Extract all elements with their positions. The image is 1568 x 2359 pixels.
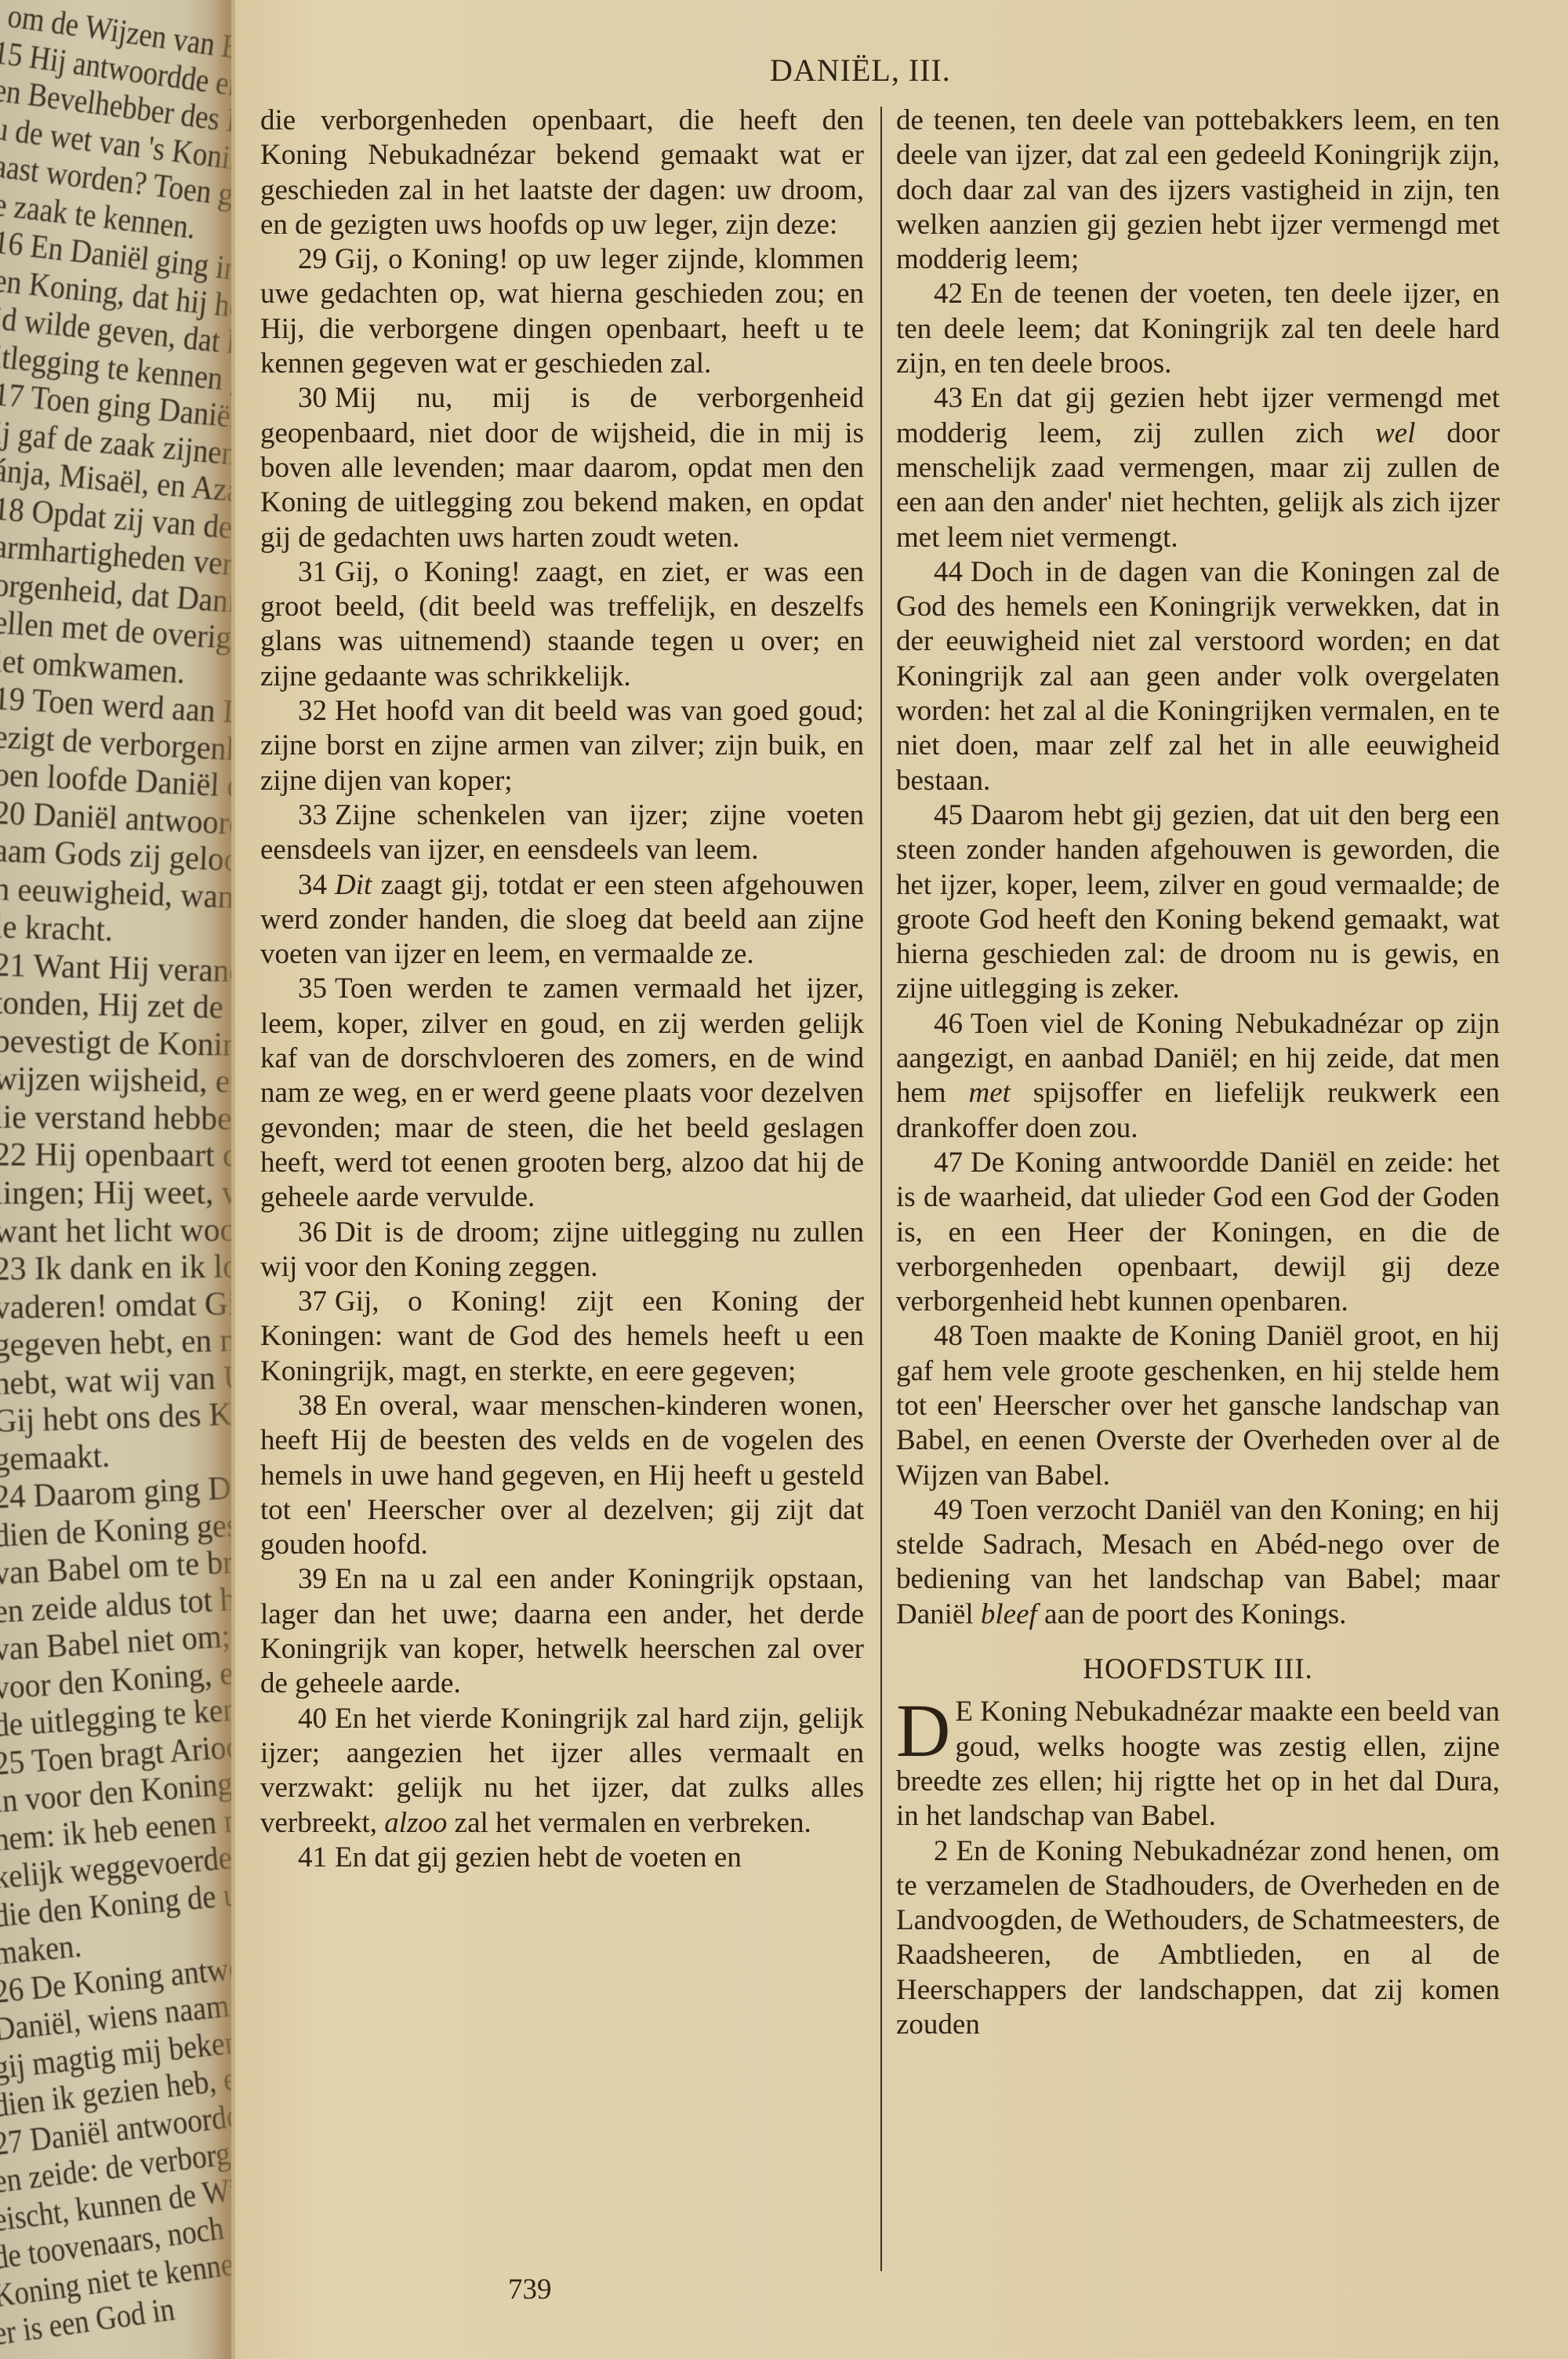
verse-number: 36	[298, 1216, 327, 1249]
verse-number: 35	[298, 972, 327, 1005]
verse-number: 30	[298, 382, 327, 414]
previous-page-strip: , om de Wijzen van Babel15 Hij antwoordd…	[0, 0, 231, 2359]
running-head: DANIËL, III.	[770, 52, 951, 89]
page-number: 739	[508, 2273, 552, 2306]
verse-49: 49Toen verzocht Daniël van den Koning; e…	[896, 1493, 1500, 1632]
verse-33: 33Zijne schenkelen van ijzer; zijne voet…	[260, 798, 864, 868]
verse-31: 31Gij, o Koning! zaagt, en ziet, er was …	[260, 555, 864, 694]
verse-number: 29	[298, 243, 327, 275]
right-column: de teenen, ten deele van pottebakkers le…	[896, 104, 1500, 2042]
chapter-first-verse: DE Koning Nebukadnézar maakte een beeld …	[896, 1695, 1500, 1834]
verse-number: 32	[298, 695, 327, 727]
verse-45: 45Daarom hebt gij gezien, dat uit den be…	[896, 798, 1500, 1007]
previous-page-line: wijzen wijsheid, en wetenschap	[0, 1060, 231, 1103]
left-column: die verborgenheden openbaart, die heeft …	[260, 104, 864, 1875]
verse-number: 37	[298, 1285, 327, 1318]
previous-page-line: want het licht woont bij Hem.	[0, 1210, 231, 1250]
verse-44: 44Doch in de dagen van die Koningen zal …	[896, 555, 1500, 798]
verse-48: 48Toen maakte de Koning Daniël groot, en…	[896, 1319, 1500, 1492]
verse-number: 42	[934, 278, 963, 310]
verse-42: 42En de teenen der voeten, ten deele ijz…	[896, 277, 1500, 381]
verse-number: 47	[934, 1147, 963, 1179]
previous-page-line: le kracht.	[0, 908, 114, 950]
previous-page-line: gegeven hebt, en mij nu bekend	[0, 1318, 231, 1365]
verse-number: 46	[934, 1008, 963, 1040]
verse-number: 34	[298, 869, 327, 901]
previous-page-line: vaderen! omdat Gij mij wijsheid	[0, 1282, 231, 1327]
verse-37: 37Gij, o Koning! zijt een Koning der Kon…	[260, 1285, 864, 1389]
verse-number: 45	[934, 799, 963, 831]
verse-43: 43En dat gij gezien hebt ijzer vermengd …	[896, 381, 1500, 554]
verse-number: 38	[298, 1390, 327, 1422]
verse-35: 35Toen werden te zamen vermaald het ijze…	[260, 972, 864, 1215]
verse-46: 46Toen viel de Koning Nebukadnézar op zi…	[896, 1007, 1500, 1146]
verse-continuation: die verborgenheden openbaart, die heeft …	[260, 104, 864, 242]
verse-number: 39	[298, 1563, 327, 1595]
drop-cap: D	[896, 1699, 950, 1762]
verse-number: 40	[298, 1703, 327, 1735]
verse-32: 32Het hoofd van dit beeld was van goed g…	[260, 694, 864, 798]
verse-number: 49	[934, 1494, 963, 1526]
verse-39: 39En na u zal een ander Koningrijk opsta…	[260, 1562, 864, 1701]
verse-number: 48	[934, 1320, 963, 1352]
chapter-heading: HOOFDSTUK III.	[896, 1652, 1500, 1687]
verse-29: 29Gij, o Koning! op uw leger zijnde, klo…	[260, 242, 864, 381]
previous-page-line: lingen; Hij weet, wat in het	[0, 1174, 231, 1212]
column-divider	[880, 107, 882, 2271]
verse-34: 34Dit zaagt gij, totdat er een steen afg…	[260, 868, 864, 972]
verse-number: 43	[934, 382, 963, 414]
previous-page-line: lie verstand hebben;	[0, 1099, 231, 1138]
verse-38: 38En overal, waar menschen-kinderen wone…	[260, 1389, 864, 1562]
verse-number: 33	[298, 799, 327, 831]
verse-number: 31	[298, 556, 327, 588]
previous-page-line: 23 Ik dank en ik loof U, o	[0, 1247, 231, 1289]
verse-41: 41En dat gij gezien hebt de voeten en	[260, 1841, 864, 1875]
verse-number: 41	[298, 1841, 327, 1874]
verse-number: 2	[934, 1835, 949, 1867]
verse-40: 40En het vierde Koningrijk zal hard zijn…	[260, 1702, 864, 1841]
verse-36: 36Dit is de droom; zijne uitlegging nu z…	[260, 1216, 864, 1285]
previous-page-line: 22 Hij openbaart diepe en	[0, 1136, 231, 1175]
verse-47: 47De Koning antwoordde Daniël en zeide: …	[896, 1146, 1500, 1319]
verse-continuation: de teenen, ten deele van pottebakkers le…	[896, 104, 1500, 277]
verse-2: 2En de Koning Nebukadnézar zond henen, o…	[896, 1834, 1500, 2043]
previous-page-line: gemaakt.	[0, 1438, 111, 1479]
previous-page-line: bevestigt de Koningen; Hij	[0, 1023, 231, 1066]
verse-30: 30Mij nu, mij is de verborgenheid geopen…	[260, 381, 864, 554]
verse-number: 44	[934, 556, 963, 588]
